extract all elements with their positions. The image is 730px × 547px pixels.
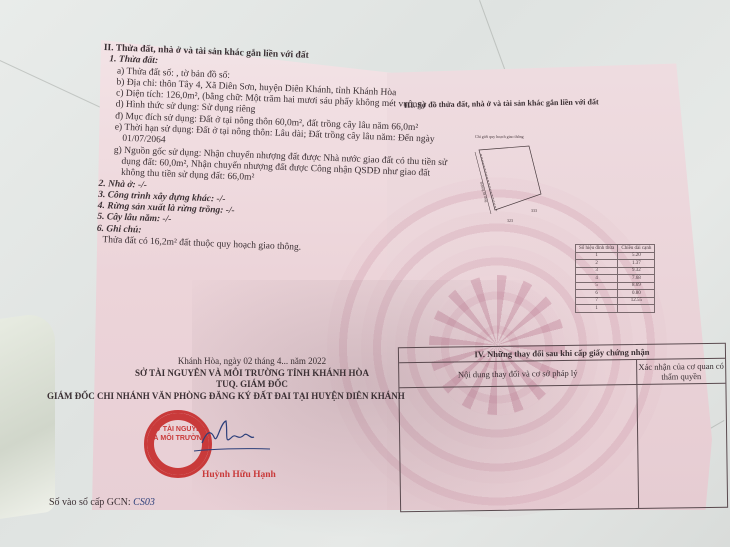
table-header: Chiều dài cạnh bbox=[618, 245, 655, 253]
table-row: 60.80 bbox=[576, 290, 655, 298]
section-ii-land-details: II. Thửa đất, nhà ở và tài sản khác gắn … bbox=[96, 43, 451, 260]
issuing-department: SỞ TÀI NGUYÊN VÀ MÔI TRƯỜNG TỈNH KHÁNH H… bbox=[107, 368, 397, 380]
table-row: 712.55 bbox=[576, 297, 655, 305]
table-row: 15.20 bbox=[576, 252, 655, 260]
confirmation-cell bbox=[637, 384, 727, 508]
svg-text:323: 323 bbox=[507, 218, 513, 222]
registry-number: Số vào sổ cấp GCN: CS03 bbox=[49, 497, 155, 508]
confirmation-column-header: Xác nhận của cơ quan có thẩm quyền bbox=[637, 359, 725, 384]
table-row: 58.69 bbox=[576, 282, 655, 290]
registry-label: Số vào sổ cấp GCN: bbox=[49, 497, 131, 508]
svg-text:333: 333 bbox=[531, 208, 537, 213]
table-header: Số hiệu đỉnh thửa bbox=[576, 245, 618, 253]
table-row: 1 bbox=[576, 305, 655, 313]
changes-column-header: Nội dung thay đổi và cơ sở pháp lý bbox=[399, 360, 637, 387]
signature-block: Khánh Hòa, ngày 02 tháng 4... năm 2022 S… bbox=[107, 356, 397, 402]
registry-value: CS03 bbox=[133, 497, 155, 508]
svg-text:Chỉ giới quy hoạch giao thông: Chỉ giới quy hoạch giao thông bbox=[475, 134, 524, 139]
signer-name: Huỳnh Hữu Hạnh bbox=[202, 470, 276, 481]
background-object bbox=[0, 311, 55, 519]
table-row: 21.37 bbox=[576, 260, 655, 268]
parcel-diagram: Chỉ giới quy hoạch giao thông Đường bê t… bbox=[467, 132, 567, 222]
table-row: 47.68 bbox=[576, 275, 655, 283]
table-row: 39.32 bbox=[576, 267, 655, 275]
signature-icon bbox=[192, 415, 272, 460]
section-iv-changes-table: IV. Những thay đổi sau khi cấp giấy chứn… bbox=[398, 343, 728, 513]
land-certificate: II. Thửa đất, nhà ở và tài sản khác gắn … bbox=[92, 40, 712, 510]
authorization-line: TUQ. GIÁM ĐỐC bbox=[107, 379, 397, 391]
director-title: GIÁM ĐỐC CHI NHÁNH VĂN PHÒNG ĐĂNG KÝ ĐẤT… bbox=[47, 391, 397, 403]
svg-text:Đường bê tông: Đường bê tông bbox=[479, 181, 488, 203]
issue-date: Khánh Hòa, ngày 02 tháng 4... năm 2022 bbox=[107, 356, 397, 368]
changes-cell bbox=[399, 385, 639, 511]
edge-length-table: Số hiệu đỉnh thửa Chiều dài cạnh 15.20 2… bbox=[575, 244, 655, 313]
